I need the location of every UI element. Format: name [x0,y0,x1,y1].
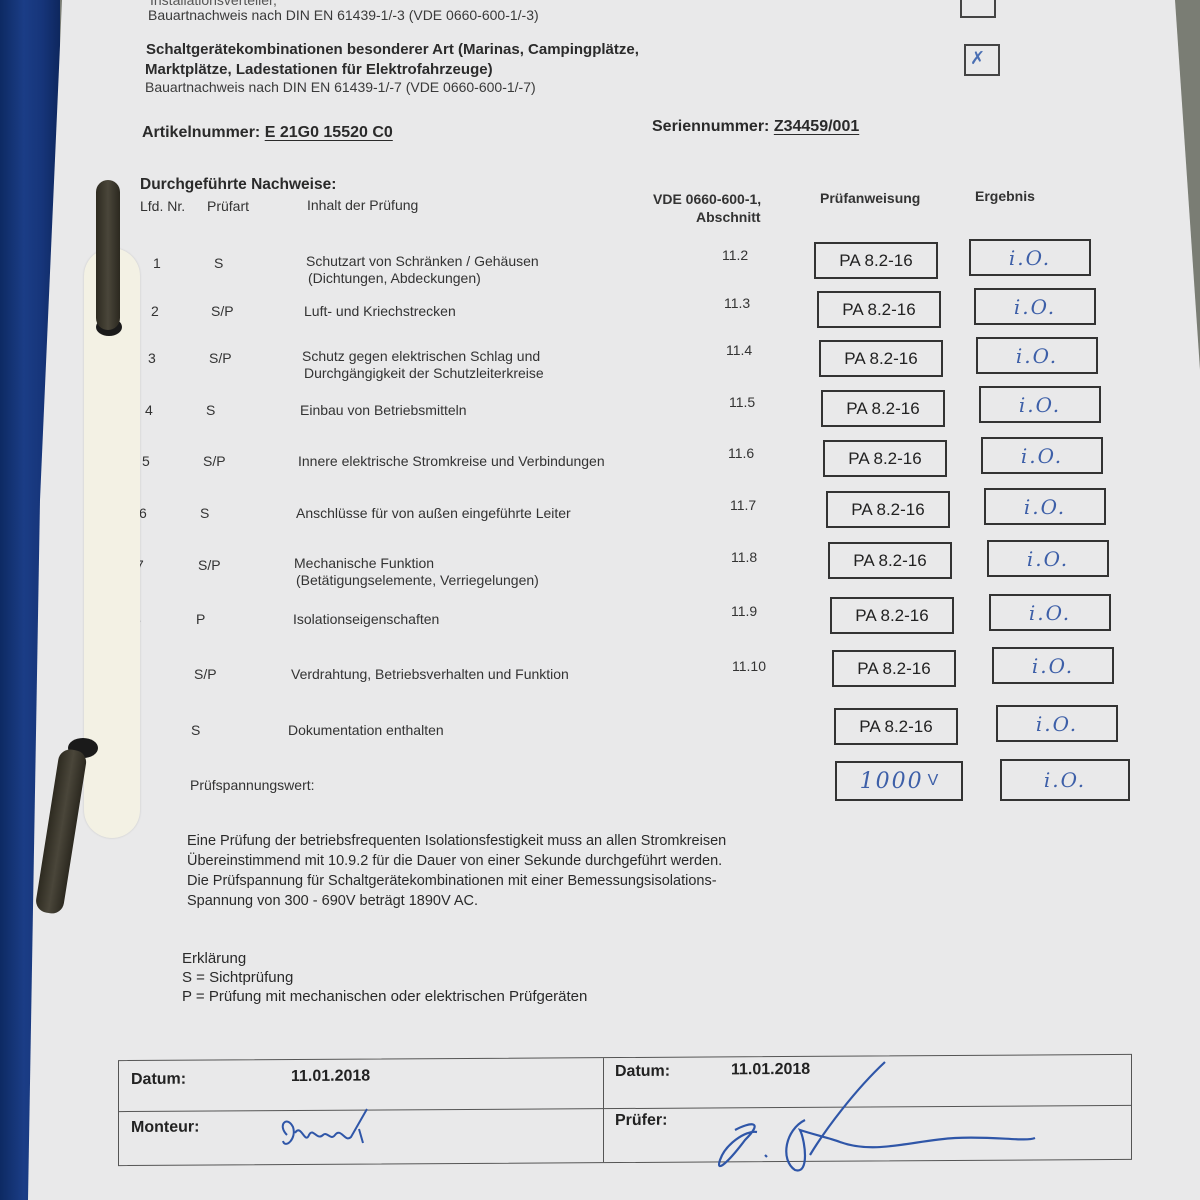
row-instruction-box[interactable]: PA 8.2-16 [821,390,945,427]
row-result-box[interactable]: i.O. [992,647,1114,684]
row-result-value: i.O. [1027,547,1069,571]
article-number: Artikelnummer: E 21G0 15520 C0 [142,124,393,142]
binder-prong-top[interactable] [96,180,120,330]
left-date-label: Datum: [131,1071,186,1089]
row-test-type: S/P [194,666,217,682]
row-instruction-box[interactable]: PA 8.2-16 [814,242,938,279]
row-content: Schutz gegen elektrischen Schlag und [302,348,540,364]
row-vde-section: 11.2 [722,247,748,263]
row-content: Dokumentation enthalten [288,722,444,738]
row-content: Luft- und Kriechstrecken [304,303,456,319]
row-result-value: i.O. [1009,246,1051,270]
row-instruction-box[interactable]: PA 8.2-16 [823,440,947,477]
row-vde-section: 11.9 [731,603,757,619]
serial-value: Z34459/001 [774,118,859,135]
row-content: Schutzart von Schränken / Gehäusen [306,253,539,269]
row-instruction-box[interactable]: PA 8.2-16 [832,650,956,687]
section-b-checkbox[interactable]: ✗ [964,44,1000,76]
note-line: Eine Prüfung der betriebsfrequenten Isol… [187,831,726,851]
inspector-label: Prüfer: [615,1112,667,1130]
row-test-type: S [200,505,209,521]
row-result-box[interactable]: i.O. [969,239,1091,276]
row-content: Anschlüsse für von außen eingeführte Lei… [296,505,571,521]
row-number: 2 [151,303,159,319]
row-result-value: i.O. [1014,295,1056,319]
row-test-type: S/P [203,453,226,469]
row-vde-section: 11.8 [731,549,757,565]
col-header-vde-line1: VDE 0660-600-1, [653,191,761,207]
row-content-detail: (Dichtungen, Abdeckungen) [308,270,481,286]
row-content-detail: (Betätigungselemente, Verriegelungen) [296,572,539,588]
row-number: 5 [142,453,150,469]
row-result-value: i.O. [1019,393,1061,417]
row-content: Innere elektrische Stromkreise und Verbi… [298,453,605,469]
section-a-checkbox[interactable] [960,0,996,18]
test-voltage-box[interactable]: 1000 V [835,761,963,801]
serial-number: Seriennummer: Z34459/001 [652,118,859,136]
col-header-content: Inhalt der Prüfung [307,197,418,213]
fitter-label: Monteur: [131,1119,199,1137]
note-line: Übereinstimmend mit 10.9.2 für die Dauer… [187,851,726,871]
serial-label: Seriennummer: [652,118,769,135]
article-label: Artikelnummer: [142,124,260,141]
row-result-box[interactable]: i.O. [984,488,1106,525]
row-result-value: i.O. [1036,712,1078,736]
section-b-title-line2: Marktplätze, Ladestationen für Elektrofa… [145,61,493,78]
row-number: 4 [145,402,153,418]
inspector-signature[interactable] [705,1060,1055,1180]
row-result-value: i.O. [1021,444,1063,468]
row-vde-section: 11.5 [729,394,755,410]
row-instruction-box[interactable]: PA 8.2-16 [819,340,943,377]
row-instruction-box[interactable]: PA 8.2-16 [834,708,958,745]
row-number: 3 [148,350,156,366]
row-vde-section: 11.6 [728,445,754,461]
note-line: Die Prüfspannung für Schaltgerätekombina… [187,871,726,891]
row-number: 6 [139,505,147,521]
row-vde-section: 11.3 [724,295,750,311]
legend-p: P = Prüfung mit mechanischen oder elektr… [182,987,587,1006]
row-result-box[interactable]: i.O. [989,594,1111,631]
legend-s: S = Sichtprüfung [182,968,587,987]
test-voltage-value: 1000 [860,769,924,794]
row-result-box[interactable]: i.O. [996,705,1118,742]
row-content: Einbau von Betriebsmitteln [300,402,467,418]
row-content: Verdrahtung, Betriebsverhalten und Funkt… [291,666,569,682]
row-vde-section: 11.4 [726,342,752,358]
row-vde-section: 11.10 [732,658,766,674]
row-result-value: i.O. [1032,654,1074,678]
test-voltage-result: i.O. [1044,768,1086,792]
section-title: Durchgeführte Nachweise: [140,176,336,194]
row-result-box[interactable]: i.O. [976,337,1098,374]
row-instruction-box[interactable]: PA 8.2-16 [830,597,954,634]
row-content-detail: Durchgängigkeit der Schutzleiterkreise [304,365,544,381]
row-result-box[interactable]: i.O. [979,386,1101,423]
row-result-box[interactable]: i.O. [974,288,1096,325]
row-vde-section: 11.7 [730,497,756,513]
section-b-standard: Bauartnachweis nach DIN EN 61439-1/-7 (V… [145,79,536,95]
col-header-result: Ergebnis [975,188,1035,204]
note-line: Spannung von 300 - 690V beträgt 1890V AC… [187,891,726,911]
section-b-title-line1: Schaltgerätekombinationen besonderer Art… [146,41,639,58]
row-result-box[interactable]: i.O. [981,437,1103,474]
fitter-signature[interactable] [275,1105,385,1155]
row-test-type: S/P [198,557,221,573]
row-content: Isolationseigenschaften [293,611,439,627]
row-test-type: S/P [209,350,232,366]
row-instruction-box[interactable]: PA 8.2-16 [828,542,952,579]
col-header-vde-line2: Abschnitt [696,209,761,225]
row-instruction-box[interactable]: PA 8.2-16 [826,491,950,528]
section-a-standard: Bauartnachweis nach DIN EN 61439-1/-3 (V… [148,7,539,23]
legend: Erklärung S = Sichtprüfung P = Prüfung m… [182,949,587,1006]
row-test-type: P [196,611,205,627]
right-date-label: Datum: [615,1063,670,1081]
row-test-type: S [214,255,223,271]
test-voltage-unit: V [928,772,939,790]
row-result-value: i.O. [1029,601,1071,625]
article-value: E 21G0 15520 C0 [265,124,393,141]
test-voltage-result-box[interactable]: i.O. [1000,759,1130,801]
legend-title: Erklärung [182,949,587,968]
row-result-value: i.O. [1016,344,1058,368]
row-test-type: S/P [211,303,234,319]
row-result-value: i.O. [1024,495,1066,519]
left-date-value[interactable]: 11.01.2018 [291,1068,370,1086]
row-instruction-box[interactable]: PA 8.2-16 [817,291,941,328]
row-content: Mechanische Funktion [294,555,434,571]
x-check-icon: ✗ [970,48,985,69]
col-header-instruction: Prüfanweisung [820,190,920,206]
row-test-type: S [206,402,215,418]
note-paragraph: Eine Prüfung der betriebsfrequenten Isol… [187,831,726,911]
row-result-box[interactable]: i.O. [987,540,1109,577]
col-header-nr: Lfd. Nr. [140,198,185,214]
col-header-type: Prüfart [207,198,249,214]
test-voltage-label: Prüfspannungswert: [190,777,315,793]
row-number: 1 [153,255,161,271]
row-test-type: S [191,722,200,738]
